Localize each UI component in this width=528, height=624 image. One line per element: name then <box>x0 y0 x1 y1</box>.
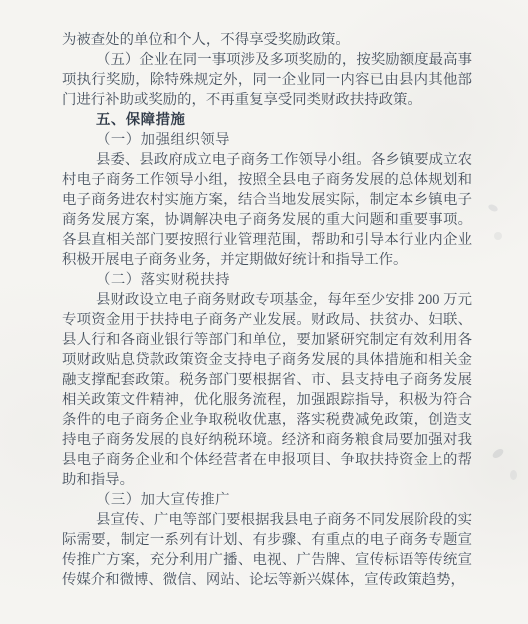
para-fiscal-tax: 县财政设立电子商务财政专项基金，每年至少安排 200 万元专项资金用于扶持电子商… <box>62 290 472 490</box>
para-publicity: 县宣传、广电等部门要根据我县电子商务不同发展阶段的实际需要，制定一系列有计划、有… <box>62 510 472 590</box>
para-continuation: 为被查处的单位和个人，不得享受奖励政策。 <box>62 30 472 50</box>
scan-smudge <box>491 447 505 460</box>
heading-sub-2: （二）落实财税扶持 <box>62 270 472 290</box>
para-item-5: （五）企业在同一事项涉及多项奖励的，按奖励额度最高事项执行奖励，除特殊规定外，同… <box>62 50 472 110</box>
scan-smudge <box>510 470 517 480</box>
scan-smudge <box>494 232 502 240</box>
para-organization: 县委、县政府成立电子商务工作领导小组。各乡镇要成立农村电子商务工作领导小组，按照… <box>62 150 472 270</box>
document-text-block: 为被查处的单位和个人，不得享受奖励政策。 （五）企业在同一事项涉及多项奖励的，按… <box>62 30 472 590</box>
scan-smudge <box>487 203 499 213</box>
heading-sub-1: （一）加强组织领导 <box>62 130 472 150</box>
heading-section-5: 五、保障措施 <box>62 110 472 130</box>
heading-sub-3: （三）加大宣传推广 <box>62 490 472 510</box>
scanned-document-page: 为被查处的单位和个人，不得享受奖励政策。 （五）企业在同一事项涉及多项奖励的，按… <box>0 0 528 624</box>
